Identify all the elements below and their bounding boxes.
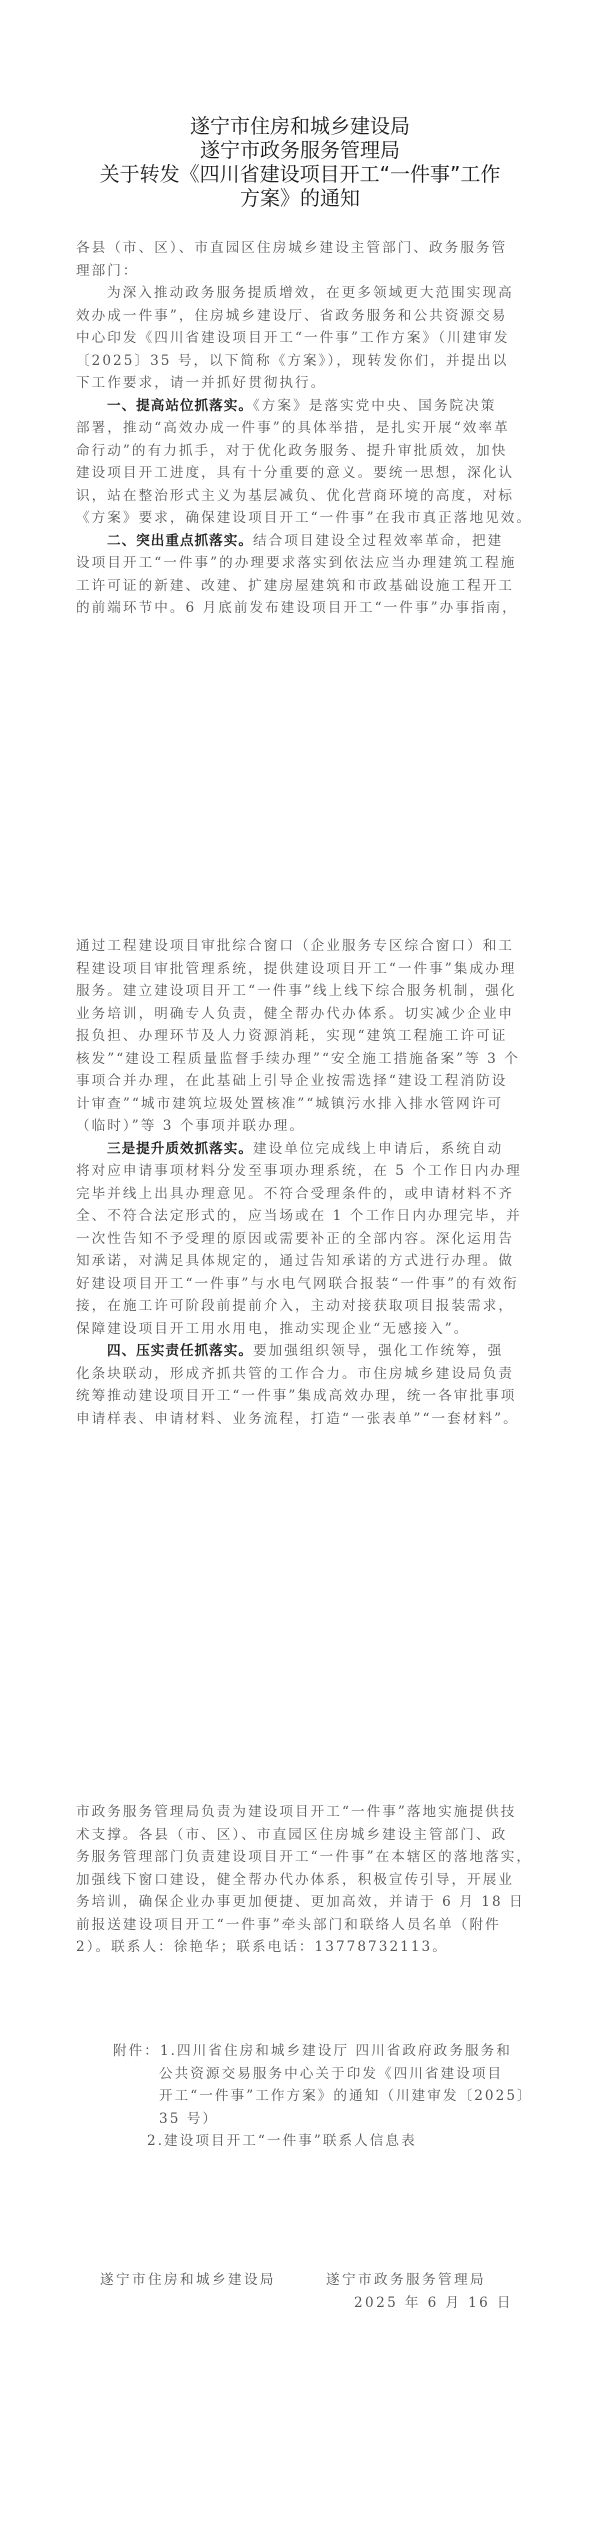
section-2-line: 服务。建立建设项目开工“一件事”线上线下综合服务机制，强化	[76, 980, 526, 1003]
attachments-block: 附件：1.四川省住房和城乡建设厅 四川省政府政务服务和 公共资源交易服务中心关于…	[113, 2040, 533, 2153]
section-1-line: 《方案》要求，确保建设项目开工“一件事”在我市真正落地见效。	[76, 507, 526, 530]
document-page: 遂宁市住房和城乡建设局 遂宁市政务服务管理局 关于转发《四川省建设项目开工“一件…	[0, 0, 600, 2546]
attachment-item-1-line: 公共资源交易服务中心关于印发《四川省建设项目	[113, 2063, 533, 2086]
section-1-first-line: 一、提高站位抓落实。《方案》是落实党中央、国务院决策	[76, 395, 526, 418]
contact-line: 2）。联系人：徐艳华；联系电话：13778732113。	[76, 1936, 526, 1959]
attachment-item-2: 2.建设项目开工“一件事”联系人信息表	[113, 2130, 533, 2153]
section-4-line: 市政务服务管理局负责为建设项目开工“一件事”落地实施提供技	[76, 1801, 526, 1824]
section-4-line: 务服务管理部门负责建设项目开工“一件事”在本辖区的落地落实，	[76, 1846, 526, 1869]
issuer-2: 遂宁市政务服务管理局	[326, 2268, 486, 2288]
section-2-line: （临时）”等 3 个事项并联办理。	[76, 1115, 526, 1138]
section-4-heading: 四、压实责任抓落实。	[107, 1343, 253, 1359]
section-2-line: 事项合并办理，在此基础上引导企业按需选择“建设工程消防设	[76, 1070, 526, 1093]
section-4-line: 术支撑。各县（市、区）、市直园区住房城乡建设主管部门、政	[76, 1824, 526, 1847]
section-4-first-line: 四、压实责任抓落实。要加强组织领导，强化工作统筹，强	[76, 1340, 526, 1363]
section-2-line: 核发”“建设工程质量监督手续办理”“安全施工措施备案”等 3 个	[76, 1048, 526, 1071]
section-4-line: 务培训，确保企业办事更加便捷、更加高效，并请于 6 月 18 日	[76, 1891, 526, 1914]
section-2-line: 设项目开工“一件事”的办理要求落实到依法应当办理建筑工程施	[76, 552, 526, 575]
section-2-line: 业务培训，明确专人负责，健全帮办代办体系。切实减少企业申	[76, 1003, 526, 1026]
section-1-line: 部署，推动“高效办成一件事”的具体举措，是扎实开展“效率革	[76, 417, 526, 440]
intro-line-2: 效办成一件事”，住房城乡建设厅、省政务服务和公共资源交易	[76, 305, 526, 328]
attachments-label: 附件：	[113, 2043, 160, 2059]
section-4-line: 前报送建设项目开工“一件事”牵头部门和联络人员名单（附件	[76, 1914, 526, 1937]
issue-date: 2025 年 6 月 16 日	[354, 2291, 513, 2311]
section-2-line: 程建设项目审批管理系统，提供建设项目开工“一件事”集成办理	[76, 958, 526, 981]
intro-line-5: 下工作要求，请一并抓好贯彻执行。	[76, 372, 526, 395]
section-3-line: 好建设项目开工“一件事”与水电气网联合报装“一件事”的有效衔	[76, 1273, 526, 1296]
section-4-line: 统筹推动建设项目开工“一件事”集成高效办理，统一各审批事项	[76, 1385, 526, 1408]
body-page-2: 通过工程建设项目审批综合窗口（企业服务专区综合窗口）和工 程建设项目审批管理系统…	[76, 935, 526, 1430]
section-3-first-line: 三是提升质效抓落实。建设单位完成线上申请后，系统自动	[76, 1138, 526, 1161]
section-3-line: 知承诺，对满足具体规定的，通过告知承诺的方式进行办理。做	[76, 1250, 526, 1273]
section-2-heading: 二、突出重点抓落实。	[107, 533, 253, 549]
section-2-line: 报负担、办理环节及人力资源消耗，实现“建筑工程施工许可证	[76, 1025, 526, 1048]
body-page-1: 各县（市、区）、市直园区住房城乡建设主管部门、政务服务管 理部门： 为深入推动政…	[76, 237, 526, 620]
section-3-line: 完毕并线上出具办理意见。不符合受理条件的，或申请材料不齐	[76, 1183, 526, 1206]
intro-line-3: 中心印发《四川省建设项目开工“一件事”工作方案》（川建审发	[76, 327, 526, 350]
issuer-1: 遂宁市住房和城乡建设局	[100, 2268, 276, 2288]
section-3-line: 将对应申请事项材料分发至事项办理系统，在 5 个工作日内办理	[76, 1160, 526, 1183]
section-2-first-line: 二、突出重点抓落实。结合项目建设全过程效率革命，把建	[76, 530, 526, 553]
section-4-line: 加强线下窗口建设，健全帮办代办体系，积极宣传引导，开展业	[76, 1869, 526, 1892]
attachment-item-1-line: 开工“一件事”工作方案》的通知（川建审发〔2025〕	[113, 2085, 533, 2108]
title-line-4: 方案》的通知	[0, 186, 600, 210]
section-3-line: 全、不符合法定形式的，应当场或在 1 个工作日内办理完毕，并	[76, 1205, 526, 1228]
intro-line-4: 〔2025〕35 号，以下简称《方案》），现转发你们，并提出以	[76, 350, 526, 373]
body-page-3: 市政务服务管理局负责为建设项目开工“一件事”落地实施提供技 术支撑。各县（市、区…	[76, 1801, 526, 1959]
addressee-line-2: 理部门：	[76, 260, 526, 283]
section-3-line: 接，在施工许可阶段前提前介入，主动对接获取项目报装需求，	[76, 1295, 526, 1318]
title-line-1: 遂宁市住房和城乡建设局	[0, 114, 600, 138]
document-title: 遂宁市住房和城乡建设局 遂宁市政务服务管理局 关于转发《四川省建设项目开工“一件…	[0, 114, 600, 210]
section-2-line: 的前端环节中。6 月底前发布建设项目开工“一件事”办事指南，	[76, 597, 526, 620]
section-2-line: 工许可证的新建、改建、扩建房屋建筑和市政基础设施工程开工	[76, 575, 526, 598]
section-1-line: 建设项目开工进度，具有十分重要的意义。要统一思想，深化认	[76, 462, 526, 485]
section-4-line: 化条块联动，形成齐抓共管的工作合力。市住房城乡建设局负责	[76, 1363, 526, 1386]
title-line-3: 关于转发《四川省建设项目开工“一件事”工作	[0, 162, 600, 186]
title-line-2: 遂宁市政务服务管理局	[0, 138, 600, 162]
attachment-item-1-line-1: 附件：1.四川省住房和城乡建设厅 四川省政府政务服务和	[113, 2040, 533, 2063]
addressee-line-1: 各县（市、区）、市直园区住房城乡建设主管部门、政务服务管	[76, 237, 526, 260]
attachment-item-1-line: 35 号）	[113, 2108, 533, 2131]
section-3-line: 一次性告知不予受理的原因或需要补正的全部内容。深化运用告	[76, 1228, 526, 1251]
section-1-line: 命行动”的有力抓手，对于优化政务服务、提升审批质效，加快	[76, 440, 526, 463]
intro-line-1: 为深入推动政务服务提质增效，在更多领域更大范围实现高	[76, 282, 526, 305]
section-2-line: 通过工程建设项目审批综合窗口（企业服务专区综合窗口）和工	[76, 935, 526, 958]
section-3-heading: 三是提升质效抓落实。	[107, 1141, 253, 1157]
section-2-line: 计审查”“城市建筑垃圾处置核准”“城镇污水排入排水管网许可	[76, 1093, 526, 1116]
section-1-line: 识，站在整治形式主义为基层减负、优化营商环境的高度，对标	[76, 485, 526, 508]
section-4-line: 申请样表、申请材料、业务流程，打造“一张表单”“一套材料”。	[76, 1408, 526, 1431]
section-1-heading: 一、提高站位抓落实。	[107, 398, 253, 414]
section-3-line: 保障建设项目开工用水用电，推动实现企业“无感接入”。	[76, 1318, 526, 1341]
